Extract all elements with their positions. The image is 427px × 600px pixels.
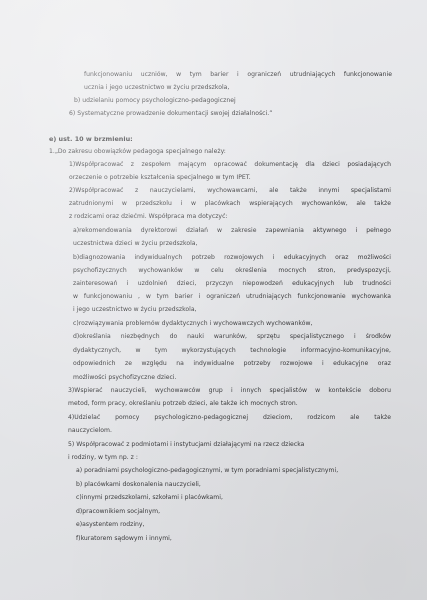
text-line: orzeczenie o potrzebie kształcenia specj… — [69, 174, 251, 182]
text-line: d)pracownikiem socjalnym, — [76, 508, 160, 516]
text-line: odpowiednich ze względu na indywidualne … — [73, 360, 391, 368]
text-line: 4)Udzielać pomocy psychologiczno-pedagog… — [68, 414, 391, 422]
text-line: nauczycielom. — [68, 427, 112, 435]
text-line: a)rekomendowania dyrektorowi działań w z… — [73, 227, 391, 235]
text-line: d)określania niezbędnych do nauki warunk… — [73, 333, 391, 341]
text-line: 6) Systematyczne prowadzenie dokumentacj… — [69, 110, 272, 118]
text-line: dydaktycznych, w tym wykorzystujących te… — [73, 347, 391, 355]
text-line: 5) Współpracować z podmiotami i instytuc… — [68, 441, 304, 449]
text-line: b) udzielaniu pomocy psychologiczno-peda… — [74, 97, 236, 105]
text-line: zatrudnionymi w przedszkolu i w placówka… — [69, 200, 391, 208]
text-line: 1.„Do zakresu obowiązków pedagoga specja… — [49, 148, 226, 156]
text-line: w funkcjonowaniu , w tym barier i ograni… — [73, 293, 391, 301]
text-line: 2)Współpracować z nauczycielami, wychowa… — [69, 187, 391, 195]
text-line: c)innymi przedszkolami, szkołami i placó… — [76, 494, 223, 502]
text-line: f)kuratorem sądowym i innymi, — [76, 535, 172, 543]
text-line: zainteresowań i uzdolnień dzieci, przycz… — [73, 280, 391, 288]
text-line: z rodzicami oraz dziećmi. Współpraca ma … — [69, 213, 228, 221]
text-line: b) placówkami doskonalenia nauczycieli, — [76, 481, 201, 489]
text-line: możliwości psychofizyczne dzieci. — [73, 374, 177, 382]
text-line: e)asystentem rodziny, — [76, 521, 145, 529]
text-line: funkcjonowaniu uczniów, w tym barier i o… — [84, 71, 392, 79]
document-page: funkcjonowaniu uczniów, w tym barier i o… — [0, 0, 427, 600]
text-line: b)diagnozowania indywidualnych potrzeb r… — [73, 254, 391, 262]
text-line: metod, form pracy, określaniu potrzeb dz… — [68, 400, 298, 408]
text-line: a) poradniami psychologiczno-pedagogiczn… — [76, 467, 338, 475]
text-line: psychofizycznych wychowanków w celu okre… — [73, 267, 391, 275]
text-line: uczestnictwa dzieci w życiu przedszkola, — [73, 240, 198, 248]
text-line: ucznia i jego uczestnictwo w życiu przed… — [84, 84, 229, 92]
text-line: i jego uczestnictwo w życiu przedszkola, — [73, 306, 197, 314]
text-line: c)rozwiązywania problemów dydaktycznych … — [73, 320, 312, 328]
section-heading: e) ust. 10 w brzmieniu: — [49, 135, 133, 143]
text-line: i rodziny, w tym np. z : — [68, 454, 138, 462]
text-line: 3)Wspierać nauczycieli, wychowawców grup… — [68, 387, 391, 395]
text-line: 1)Współpracować z zespołem mającym oprac… — [69, 161, 391, 169]
